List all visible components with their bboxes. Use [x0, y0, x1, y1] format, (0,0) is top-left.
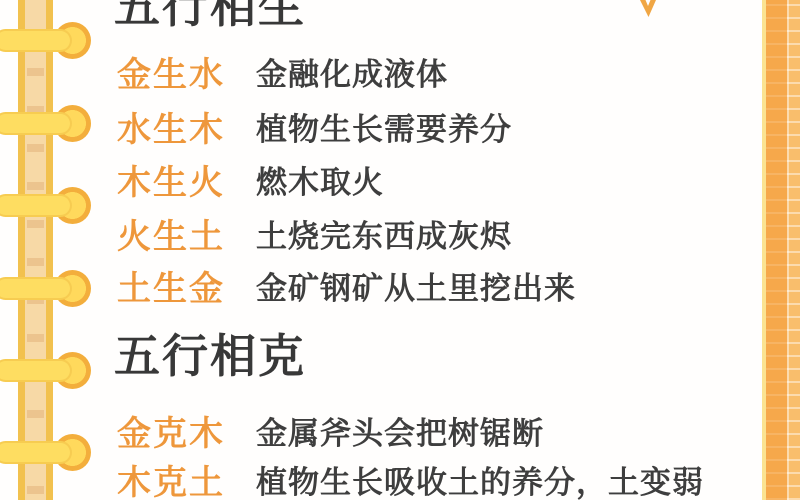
lightning-bolt-icon [639, 0, 657, 17]
relation-keyword: 木克土 [117, 466, 225, 500]
relation-keyword: 水生木 [117, 113, 225, 149]
binder-ring [0, 18, 95, 62]
relation-description: 燃木取火 [256, 166, 384, 200]
relation-row: 木克土 植物生长吸收土的养分，土变弱 [0, 466, 800, 500]
relation-row: 金生水 金融化成液体 [0, 58, 800, 94]
relation-keyword: 火生土 [117, 220, 225, 256]
relation-keyword: 金生水 [117, 58, 225, 94]
section-title-generating: 五行相生 [114, 0, 306, 29]
section-title-overcoming: 五行相克 [114, 333, 306, 379]
relation-description: 金矿钢矿从土里挖出来 [256, 272, 576, 306]
relation-description: 土烧完东西成灰烬 [256, 220, 512, 254]
relation-keyword: 土生金 [117, 272, 225, 308]
relation-description: 金属斧头会把树锯断 [256, 417, 544, 451]
binder-ring [0, 348, 95, 392]
relation-row: 木生火 燃木取火 [0, 166, 800, 202]
binder-ring-bar [0, 29, 72, 52]
relation-row: 土生金 金矿钢矿从土里挖出来 [0, 272, 800, 308]
relation-description: 植物生长吸收土的养分，土变弱 [256, 466, 704, 500]
notebook-page: 五行相生 金生水 金融化成液体 水生木 植物生长需要养分 木生火 燃木取火 火生… [0, 0, 800, 500]
relation-row: 水生木 植物生长需要养分 [0, 113, 800, 149]
relation-row: 火生土 土烧完东西成灰烬 [0, 220, 800, 256]
relation-keyword: 金克木 [117, 417, 225, 453]
relation-description: 金融化成液体 [256, 58, 448, 92]
relation-row: 金克木 金属斧头会把树锯断 [0, 417, 800, 453]
binder-ring-bar [0, 359, 72, 382]
relation-description: 植物生长需要养分 [256, 113, 512, 147]
relation-keyword: 木生火 [117, 166, 225, 202]
